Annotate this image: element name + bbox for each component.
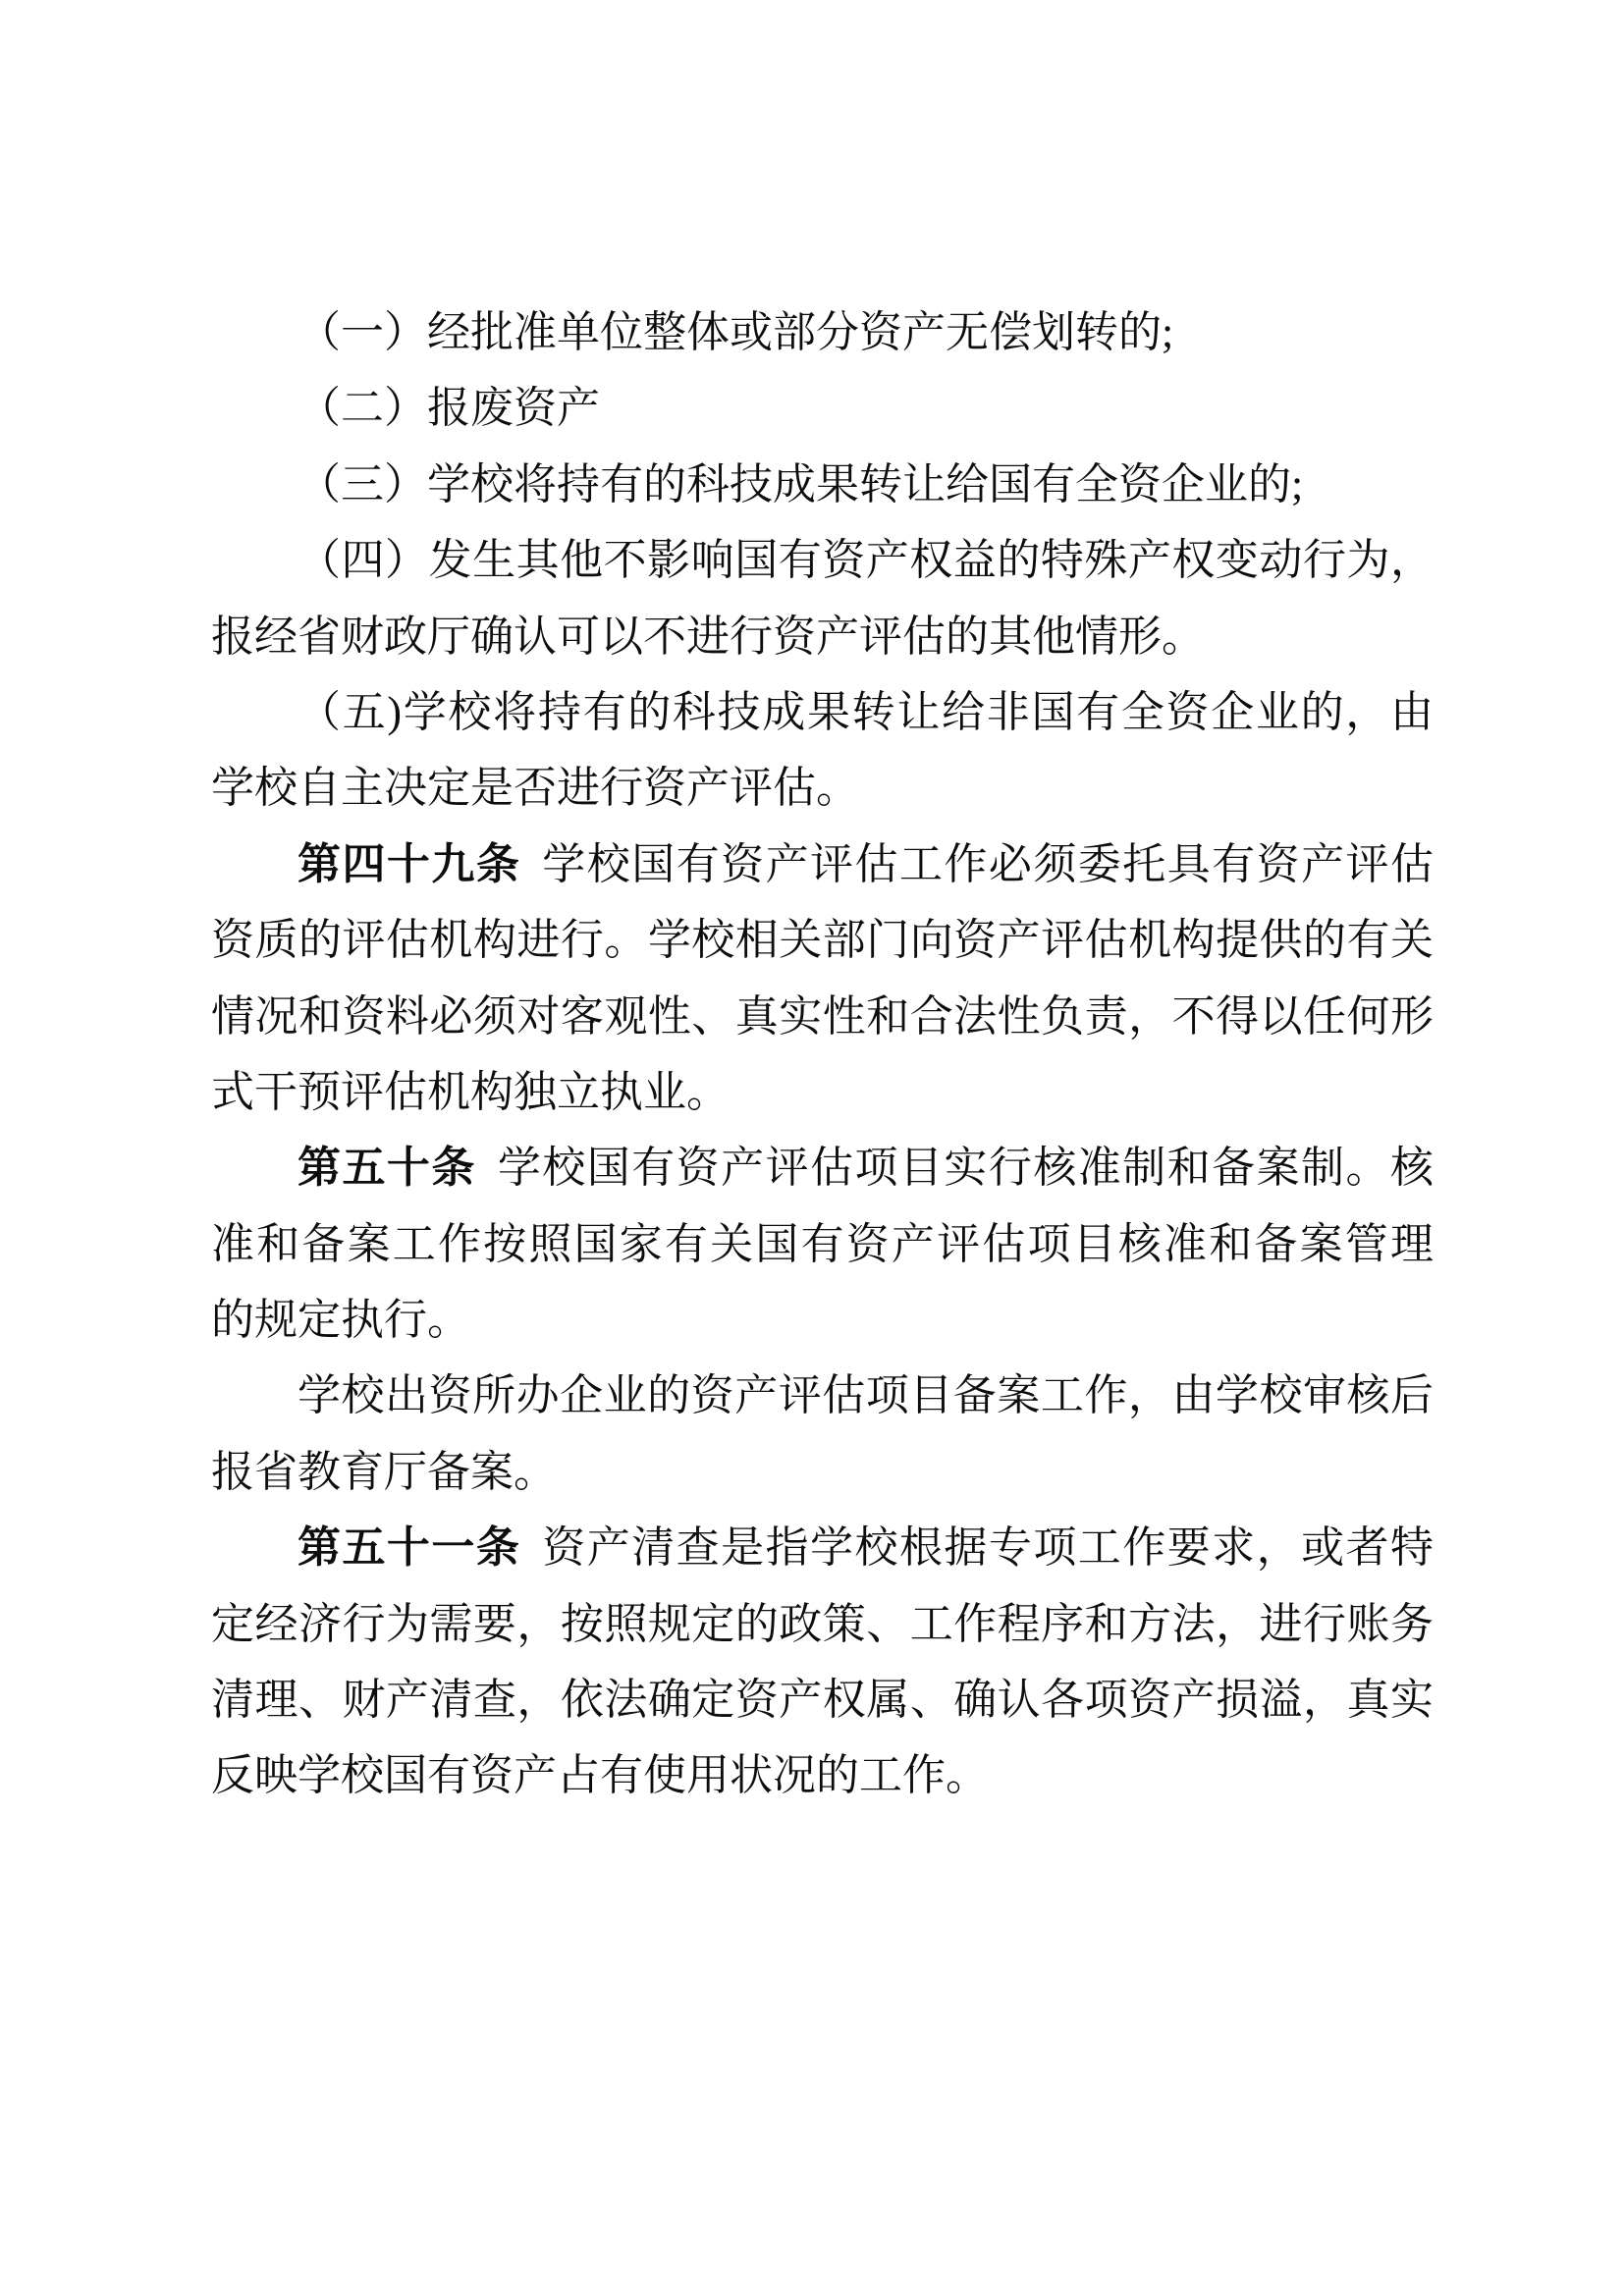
text-line: 情况和资料必须对客观性、真实性和合法性负责，不得以任何形 — [211, 979, 1434, 1054]
text-line: （三）学校将持有的科技成果转让给国有全资企业的; — [211, 447, 1434, 522]
text-line: 学校自主决定是否进行资产评估。 — [211, 750, 1434, 826]
line-text: （五)学校将持有的科技成果转让给非国有全资企业的，由 — [298, 688, 1434, 736]
line-text: 报经省财政厅确认可以不进行资产评估的其他情形。 — [211, 613, 1205, 661]
article-number: 第五十条 — [298, 1144, 476, 1192]
line-text: 清理、财产清查，依法确定资产权属、确认各项资产损溢，真实 — [211, 1676, 1434, 1724]
article-number: 第五十一条 — [298, 1523, 520, 1572]
line-text: （四）发生其他不影响国有资产权益的特殊产权变动行为， — [298, 536, 1434, 584]
text-line: 式干预评估机构独立执业。 — [211, 1054, 1434, 1130]
document-body: （一）经批准单位整体或部分资产无偿划转的;（二）报废资产（三）学校将持有的科技成… — [211, 294, 1434, 1814]
text-line: 第五十一条资产清查是指学校根据专项工作要求，或者特 — [211, 1510, 1434, 1585]
line-text: 准和备案工作按照国家有关国有资产评估项目核准和备案管理 — [211, 1220, 1434, 1268]
line-text: （三）学校将持有的科技成果转让给国有全资企业的; — [298, 460, 1303, 508]
line-text: 学校国有资产评估项目实行核准制和备案制。核 — [498, 1144, 1434, 1192]
line-text: 报省教育厅备案。 — [211, 1448, 557, 1496]
line-text: 资质的评估机构进行。学校相关部门向资产评估机构提供的有关 — [211, 916, 1434, 964]
text-line: 第四十九条学校国有资产评估工作必须委托具有资产评估 — [211, 827, 1434, 902]
line-text: 学校自主决定是否进行资产评估。 — [211, 764, 859, 812]
text-line: 反映学校国有资产占有使用状况的工作。 — [211, 1737, 1434, 1813]
line-text: 情况和资料必须对客观性、真实性和合法性负责，不得以任何形 — [211, 992, 1434, 1041]
article-number: 第四十九条 — [298, 840, 520, 888]
text-line: 学校出资所办企业的资产评估项目备案工作，由学校审核后 — [211, 1358, 1434, 1433]
line-text: 学校国有资产评估工作必须委托具有资产评估 — [542, 840, 1434, 888]
line-text: 反映学校国有资产占有使用状况的工作。 — [211, 1751, 989, 1799]
line-text: 学校出资所办企业的资产评估项目备案工作，由学校审核后 — [298, 1371, 1434, 1419]
line-text: （二）报废资产 — [298, 384, 600, 432]
text-line: 定经济行为需要，按照规定的政策、工作程序和方法，进行账务 — [211, 1586, 1434, 1662]
text-line: 的规定执行。 — [211, 1282, 1434, 1358]
line-text: 资产清查是指学校根据专项工作要求，或者特 — [542, 1523, 1434, 1572]
text-line: 报经省财政厅确认可以不进行资产评估的其他情形。 — [211, 599, 1434, 674]
text-line: 第五十条学校国有资产评估项目实行核准制和备案制。核 — [211, 1130, 1434, 1205]
text-line: 报省教育厅备案。 — [211, 1434, 1434, 1510]
text-line: （一）经批准单位整体或部分资产无偿划转的; — [211, 294, 1434, 370]
document-page: （一）经批准单位整体或部分资产无偿划转的;（二）报废资产（三）学校将持有的科技成… — [0, 0, 1624, 2296]
line-text: （一）经批准单位整体或部分资产无偿划转的; — [298, 308, 1173, 356]
text-line: 清理、财产清查，依法确定资产权属、确认各项资产损溢，真实 — [211, 1662, 1434, 1737]
text-line: 准和备案工作按照国家有关国有资产评估项目核准和备案管理 — [211, 1206, 1434, 1282]
line-text: 式干预评估机构独立执业。 — [211, 1068, 730, 1116]
text-line: （五)学校将持有的科技成果转让给非国有全资企业的，由 — [211, 674, 1434, 750]
text-line: （二）报废资产 — [211, 370, 1434, 446]
line-text: 的规定执行。 — [211, 1296, 470, 1344]
line-text: 定经济行为需要，按照规定的政策、工作程序和方法，进行账务 — [211, 1600, 1434, 1648]
text-line: （四）发生其他不影响国有资产权益的特殊产权变动行为， — [211, 522, 1434, 598]
text-line: 资质的评估机构进行。学校相关部门向资产评估机构提供的有关 — [211, 902, 1434, 978]
